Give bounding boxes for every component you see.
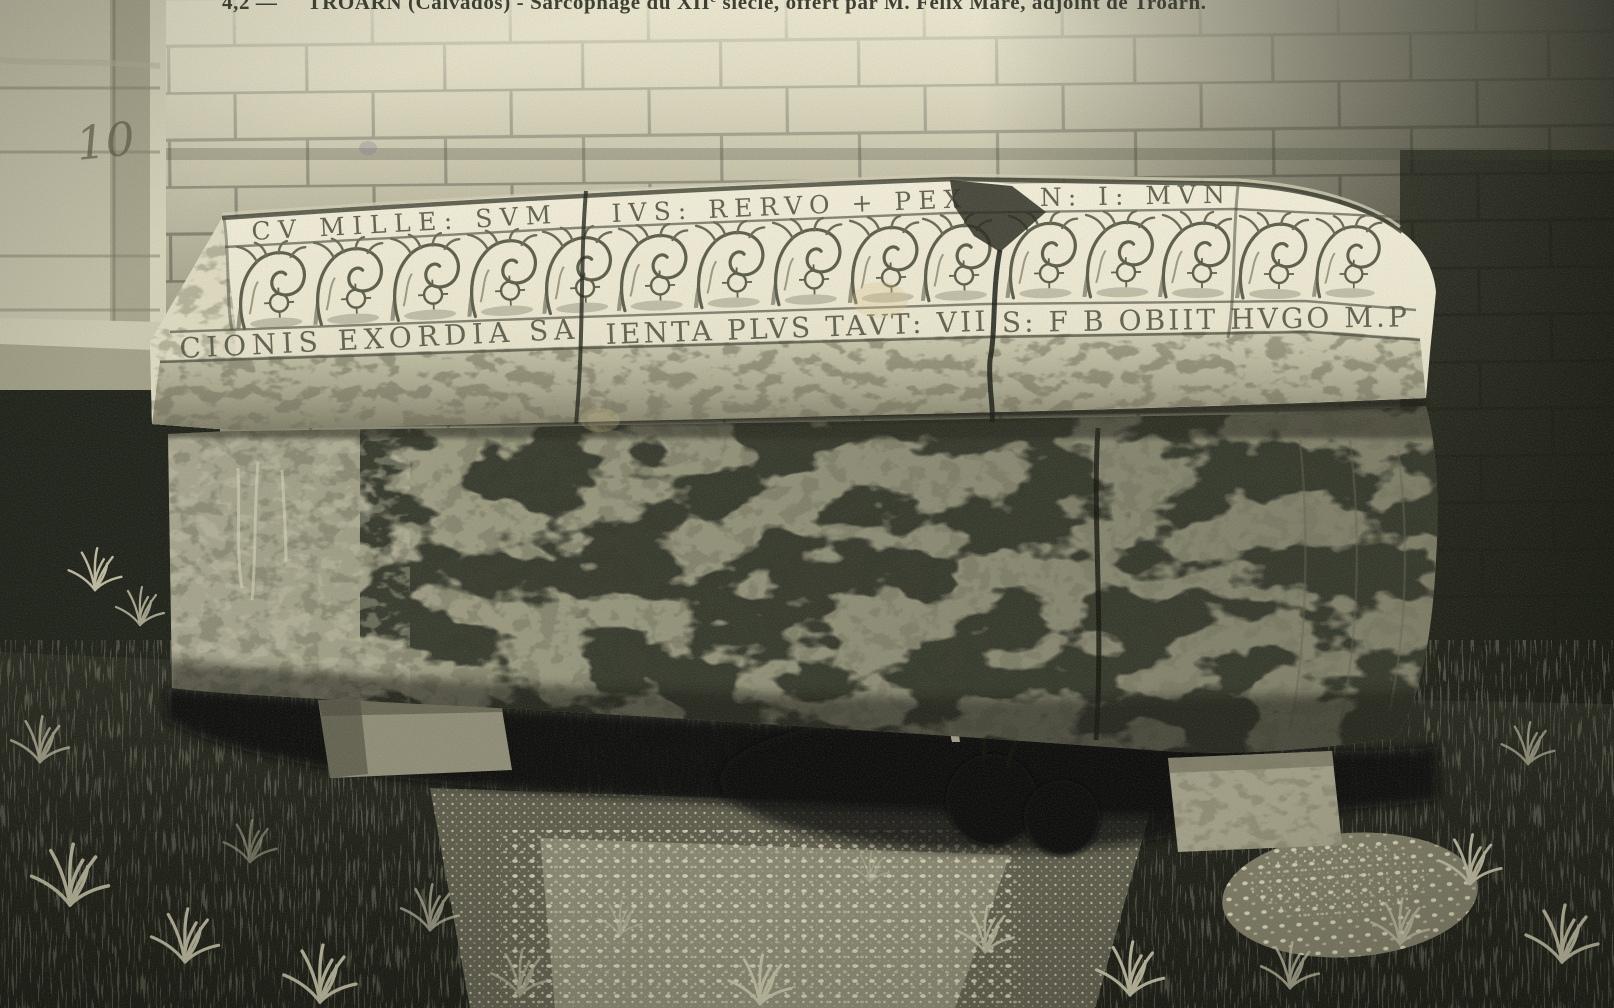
scene: 10 <box>0 0 1614 1008</box>
caption: 4,2 —TROARN (Calvados) - Sarcophage du X… <box>222 0 1207 15</box>
caption-text: TROARN (Calvados) - Sarcophage du XII <box>308 0 711 14</box>
postcard-photo: 10 <box>0 0 1614 1008</box>
caption-text-2: siècle, offert par M. Félix Mare, adjoin… <box>717 0 1207 14</box>
vignette <box>0 0 1614 1008</box>
caption-number: 4,2 — <box>222 0 278 14</box>
